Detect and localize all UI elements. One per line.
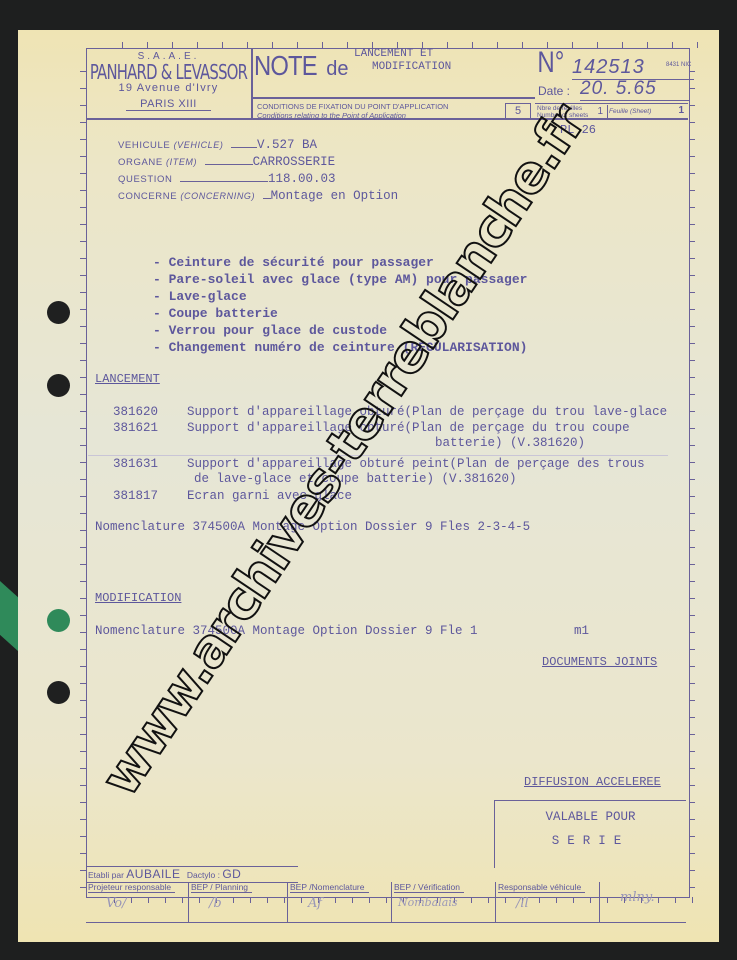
established-by: Etabli par AUBAILE Dactylo : GD — [86, 866, 298, 883]
question-row: QUESTION 118.00.03 — [118, 171, 398, 188]
concerning-row: CONCERNE (CONCERNING) Montage en Option — [118, 188, 398, 205]
punch-hole — [47, 374, 70, 397]
question-value: 118.00.03 — [268, 172, 336, 186]
established-by-value: AUBAILE — [126, 867, 180, 881]
validity-label: VALABLE POUR — [495, 805, 686, 829]
signature-cell-projeteur: Projeteur responsable Vo/ — [86, 882, 189, 922]
validity-value: SERIE — [495, 829, 686, 853]
modification-mark: m1 — [574, 623, 589, 639]
punch-hole — [47, 681, 70, 704]
document-body: PL 26 VEHICULE (VEHICLE) V.527 BA ORGANE… — [0, 0, 737, 960]
signature: Vo/ — [106, 896, 126, 911]
modification-nomenclature: Nomenclature 374500A Montage Option Doss… — [95, 623, 478, 639]
signature-cell-planning: BEP / Planning /b — [189, 882, 288, 922]
signature: Af — [308, 896, 322, 911]
table-row-continuation: batterie) (V.381620) — [435, 435, 585, 451]
signature: mlny. — [620, 890, 655, 905]
note-metadata: VEHICULE (VEHICLE) V.527 BA ORGANE (ITEM… — [118, 137, 398, 205]
concerning-value: Montage en Option — [271, 189, 399, 203]
punch-hole — [47, 609, 70, 632]
signature-cell-verification: BEP / Vérification Nombalais — [392, 882, 496, 922]
signature-footer: Etabli par AUBAILE Dactylo : GD Projeteu… — [86, 866, 686, 928]
punch-hole — [47, 301, 70, 324]
list-item: - Changement numéro de ceinture (REGULAR… — [153, 339, 527, 356]
lancement-heading: LANCEMENT — [95, 372, 160, 386]
signature-cell-extra: mlny. — [600, 882, 686, 922]
signature-cell-vehicle: Responsable véhicule /ll — [496, 882, 600, 922]
vehicle-row: VEHICULE (VEHICLE) V.527 BA — [118, 137, 398, 154]
signature: /b — [209, 896, 222, 911]
signature-cell-nomenclature: BEP /Nomenclature Af — [288, 882, 392, 922]
table-row: 381631Support d'appareillage obturé pein… — [113, 456, 645, 472]
validity-box: VALABLE POUR SERIE — [494, 800, 686, 868]
list-item: - Verrou pour glace de custode — [153, 322, 527, 339]
documents-joints-heading: DOCUMENTS JOINTS — [542, 655, 657, 669]
item-row: ORGANE (ITEM) CARROSSERIE — [118, 154, 398, 171]
diffusion-heading: DIFFUSION ACCELEREE — [524, 775, 661, 789]
modification-heading: MODIFICATION — [95, 591, 181, 605]
vehicle-value: V.527 BA — [257, 138, 317, 152]
item-value: CARROSSERIE — [253, 155, 336, 169]
typist-value: GD — [222, 867, 241, 881]
signature: Nombalais — [398, 896, 458, 909]
signature: /ll — [516, 896, 529, 911]
